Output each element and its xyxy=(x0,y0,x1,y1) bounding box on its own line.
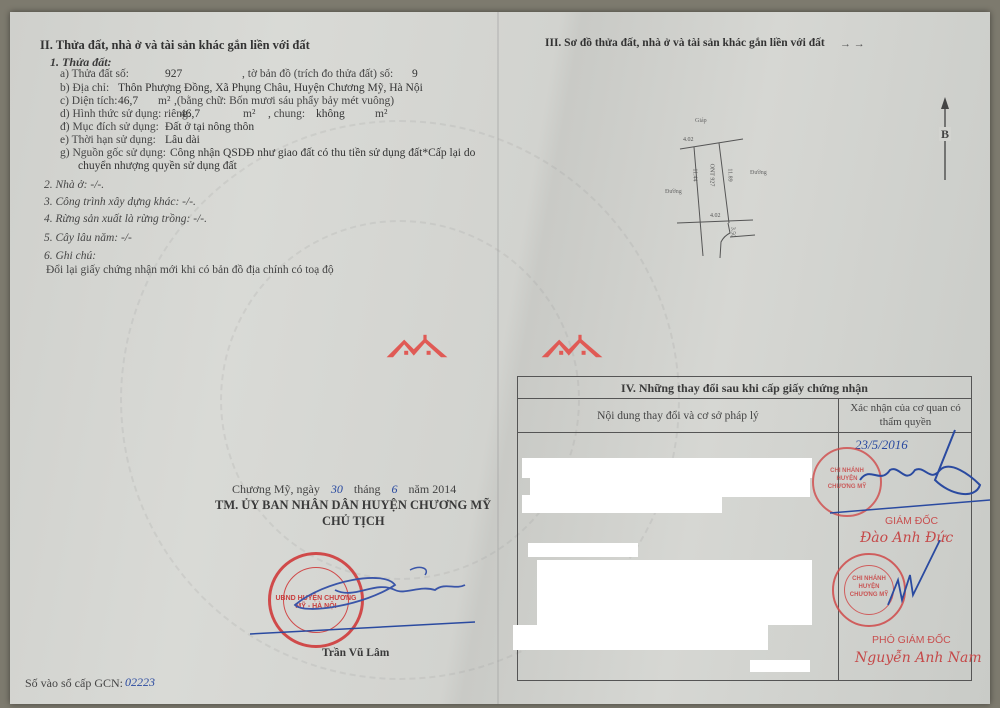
area-value: 46,7 xyxy=(118,95,138,107)
address-value: Thôn Phượng Đồng, Xã Phụng Châu, Huyện C… xyxy=(118,82,423,94)
corner-edge-length: 3.50 xyxy=(729,227,735,238)
signing-position: CHỦ TỊCH xyxy=(322,514,385,529)
area-in-words: ,(bằng chữ: Bốn mươi sáu phẩy bảy mét vu… xyxy=(174,95,394,107)
deputy-director-signature xyxy=(880,540,950,620)
origin-value-line1: Công nhận QSDĐ như giao đất có thu tiền … xyxy=(170,147,475,159)
signing-authority: TM. ỦY BAN NHÂN DÂN HUYỆN CHƯƠNG MỸ xyxy=(215,498,491,513)
redacted-content xyxy=(750,660,810,672)
term-label: e) Thời hạn sử dụng: xyxy=(60,134,156,146)
purpose-value: Đất ở tại nông thôn xyxy=(165,121,254,133)
redacted-content xyxy=(537,560,812,625)
map-sheet-label: , tờ bản đồ (trích đo thửa đất) số: xyxy=(242,68,393,80)
left-neighbor-label: Đường xyxy=(665,189,682,195)
right-neighbor-label: Đường xyxy=(750,170,767,176)
registry-number: 02223 xyxy=(125,675,155,690)
month-label: tháng xyxy=(354,482,381,496)
north-label: B xyxy=(941,127,949,142)
address-label: b) Địa chỉ: xyxy=(60,82,109,94)
section3-title: III. Sơ đồ thửa đất, nhà ở và tài sản kh… xyxy=(545,37,825,49)
other-construction-item: 3. Công trình xây dựng khác: -/-. xyxy=(44,196,196,208)
perennial-item: 5. Cây lâu năm: -/- xyxy=(44,232,132,244)
usage-shared-label: , chung: xyxy=(268,108,305,120)
redacted-content xyxy=(530,475,810,497)
year-label: năm 2014 xyxy=(409,482,457,496)
date-prefix: Chương Mỹ, ngày xyxy=(232,482,320,496)
house-item: 2. Nhà ở: -/-. xyxy=(44,179,104,191)
arrows-decoration: → → xyxy=(840,38,865,50)
parcel-number-value: 927 xyxy=(165,68,182,80)
bottom-edge-length: 4.02 xyxy=(710,213,721,219)
notes-heading: 6. Ghi chú: xyxy=(44,250,96,262)
usage-form-label: d) Hình thức sử dụng: riêng: xyxy=(60,108,191,120)
entry2-title: PHÓ GIÁM ĐỐC xyxy=(872,634,951,646)
purpose-label: đ) Mục đích sử dụng: xyxy=(60,121,159,133)
usage-shared-value: không xyxy=(316,108,345,120)
map-sheet-value: 9 xyxy=(412,68,418,80)
notes-value: Đổi lại giấy chứng nhận mới khi có bản đ… xyxy=(46,264,334,276)
signing-day: 30 xyxy=(331,482,343,496)
entry2-name: Nguyễn Anh Nam xyxy=(855,650,982,666)
area-label: c) Diện tích: xyxy=(60,95,117,107)
usage-shared-unit: m² xyxy=(375,108,387,120)
entry1-title: GIÁM ĐỐC xyxy=(885,515,938,527)
registry-label: Số vào sổ cấp GCN: xyxy=(25,676,123,691)
parcel-number-label: a) Thửa đất số: xyxy=(60,68,129,80)
right-edge-length: 11.89 xyxy=(727,168,733,181)
house-roof-logo-icon xyxy=(540,333,604,359)
signing-month: 6 xyxy=(392,482,398,496)
section2-title: II. Thửa đất, nhà ở và tài sản khác gắn … xyxy=(40,38,310,53)
redacted-content xyxy=(513,625,768,650)
term-value: Lâu dài xyxy=(165,134,200,146)
col-content-header: Nội dung thay đổi và cơ sở pháp lý xyxy=(518,399,838,433)
redacted-content xyxy=(528,543,638,557)
origin-label: g) Nguồn gốc sử dụng: xyxy=(60,147,166,159)
house-roof-logo-icon xyxy=(385,333,449,359)
top-neighbor-label: Giáp xyxy=(695,118,707,124)
signer-name: Trần Vũ Lâm xyxy=(322,647,389,659)
signing-place-date: Chương Mỹ, ngày 30 tháng 6 năm 2014 xyxy=(232,482,456,497)
usage-private-unit: m² xyxy=(243,108,255,120)
origin-value-line2: chuyển nhượng quyền sử dụng đất xyxy=(78,160,237,172)
chairman-signature xyxy=(245,560,475,640)
director-signature xyxy=(830,425,990,515)
parcel-sketch xyxy=(640,120,780,270)
section4-title: IV. Những thay đổi sau khi cấp giấy chứn… xyxy=(518,377,971,399)
redacted-content xyxy=(522,495,722,513)
forest-item: 4. Rừng sản xuất là rừng trồng: -/-. xyxy=(44,213,207,225)
parcel-label: ONT 927 xyxy=(708,164,714,187)
usage-private-value: 46,7 xyxy=(180,108,200,120)
area-unit: m² xyxy=(158,95,170,107)
top-edge-length: 4.02 xyxy=(683,137,694,143)
left-edge-length: 11.44 xyxy=(692,168,698,181)
